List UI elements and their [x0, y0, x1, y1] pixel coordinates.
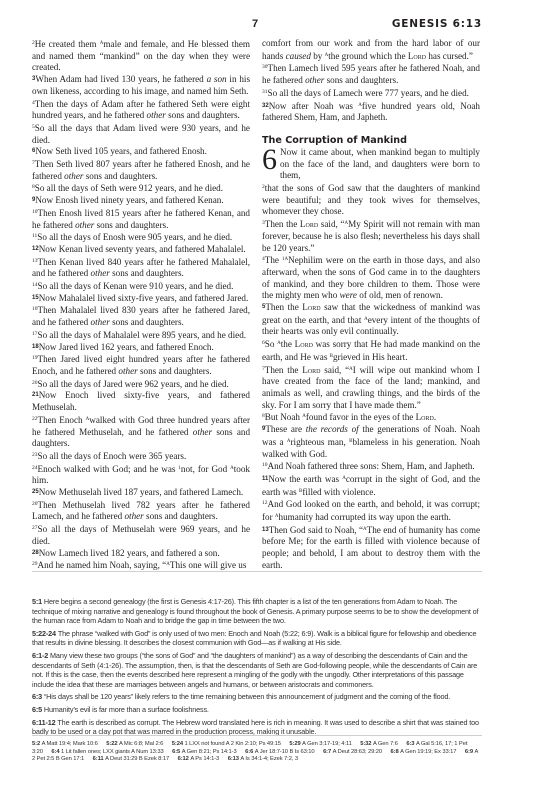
cross-reference-verse: 5:22 [106, 741, 119, 747]
verse-number: 28 [32, 550, 39, 556]
verse-text: So [265, 339, 277, 349]
cross-reference: 6:13 A Is 34:1-4; Ezek 7:2, 3 [228, 756, 298, 762]
verse-text: So all the days of Methuselah were 969 y… [32, 524, 250, 546]
left-column: 2He created them Amale and female, and H… [32, 38, 250, 572]
verse-text: So all the days of Mahalalel were 895 ye… [38, 330, 247, 340]
chapter-5-continued: comfort from our work and from the hard … [262, 38, 480, 124]
italic-text: a son [207, 74, 227, 84]
verse: 14So all the days of Kenan were 910 year… [32, 280, 250, 293]
verse: 25Now Methuselah lived 187 years, and fa… [32, 487, 250, 499]
verse: 8So all the days of Seth were 912 years,… [32, 182, 250, 195]
running-head: GENESIS 6:13 [392, 18, 482, 30]
verse-text: Now Jared lived 162 years, and fathered … [39, 342, 214, 352]
divider [32, 571, 482, 572]
verse: 11So all the days of Enosh were 905 year… [32, 231, 250, 244]
cross-reference: 6:8 A Gen 19:19; Ex 33:17 [391, 749, 457, 755]
cross-reference-verse: 5:32 [360, 741, 373, 747]
cross-reference-text: A Gen 7:6 [373, 741, 398, 747]
verse: 9These are the records of the generation… [262, 424, 480, 460]
verse-text: sons and daughters. [83, 171, 157, 181]
cross-reference-text: A Gen 3:17-19; 4:11 [302, 741, 352, 747]
verse-text: So all the days of Enoch were 365 years. [38, 451, 187, 461]
chapter-6: 6 Now it came about, when mankind began … [262, 147, 480, 572]
verse-text: filled with violence. [302, 487, 375, 497]
page-number: 7 [252, 18, 258, 30]
verse-text: Now Seth lived 105 years, and fathered E… [35, 146, 207, 156]
verse-text: Now the earth was [268, 474, 342, 484]
verse-text: sons and daughters. [94, 220, 168, 230]
verse: 6Now Seth lived 105 years, and fathered … [32, 146, 250, 158]
verse: 11Now the earth was Acorrupt in the sigh… [262, 473, 480, 498]
cross-reference: 6:5 A Gen 8:21; Ps 14:1-3 [172, 749, 237, 755]
verse: 32Now after Noah was Afive hundred years… [262, 100, 480, 124]
small-caps-text: Lord [300, 219, 318, 229]
cross-reference-verse: 6:6 [245, 749, 255, 755]
italic-text: caused [286, 51, 311, 61]
note-reference: 6:3 [32, 692, 44, 701]
verse: 12Now Kenan lived seventy years, and fat… [32, 244, 250, 256]
note-text: Humanity’s evil is far more than a surfa… [44, 705, 209, 714]
verse-text: sons and daughters. [110, 317, 184, 327]
cross-reference-text: A Gen 19:19; Ex 33:17 [400, 749, 456, 755]
verse-text: These are [265, 424, 305, 434]
page-header: 7 GENESIS 6:13 [32, 18, 482, 32]
verse-text: When Adam had lived 130 years, he father… [35, 74, 206, 84]
verse-text: humanity had corrupted its way upon the … [279, 512, 451, 522]
cross-reference: 5:32 A Gen 7:6 [360, 741, 398, 747]
italic-text: other [91, 268, 110, 278]
verse: 26Then Methuselah lived 782 years after … [32, 499, 250, 523]
verse-text: Now Kenan lived seventy years, and fathe… [39, 244, 246, 254]
verse-text: Then the [265, 302, 302, 312]
study-note: 5:22-24 The phrase “walked with God” is … [32, 629, 482, 648]
verse-text: But Noah [265, 412, 303, 422]
verse: 5So all the days that Adam lived were 93… [32, 122, 250, 146]
verse-text: So all the days that Adam lived were 930… [32, 123, 250, 145]
right-column: comfort from our work and from the hard … [262, 38, 480, 572]
cross-reference-text: A Is 34:1-4; Ezek 7:2, 3 [240, 756, 298, 762]
section-heading: The Corruption of Mankind [262, 135, 480, 146]
study-note: 6:5 Humanity’s evil is far more than a s… [32, 705, 482, 715]
note-text: The phrase “walked with God” is only use… [32, 629, 476, 648]
verse-text: And he named him Noah, saying, “ [38, 560, 167, 570]
verse: 31So all the days of Lamech were 777 yea… [262, 87, 480, 100]
verse-text: The [265, 255, 282, 265]
small-caps-text: Lord [408, 51, 426, 61]
study-note: 6:3 “His days shall be 120 years” likely… [32, 692, 482, 702]
verse: 7Then the Lord said, “AI will wipe out m… [262, 364, 480, 412]
cross-reference-verse: 5:2 [32, 741, 42, 747]
cross-reference: 6:12 A Ps 14:1-3 [178, 756, 220, 762]
verse-text: And Noah fathered three sons: Shem, Ham,… [268, 461, 475, 471]
verse: 8But Noah Afound favor in the eyes of th… [262, 411, 480, 424]
verse: 27So all the days of Methuselah were 969… [32, 523, 250, 547]
verse-text: grieved in His heart. [333, 352, 408, 362]
cross-reference-verse: 6:11 [93, 756, 105, 762]
verse: comfort from our work and from the hard … [262, 38, 480, 62]
cross-reference: 5:24 1 LXX not found A 2 Kin 2:10; Ps 49… [172, 741, 281, 747]
verse: 2He created them Amale and female, and H… [32, 38, 250, 74]
verse-text: This one will give us [170, 560, 247, 570]
cross-reference: 5:29 A Gen 3:17-19; 4:11 [289, 741, 351, 747]
note-reference: 5:1 [32, 597, 44, 606]
small-caps-text: Lord [416, 412, 434, 422]
verse: 16Then Mahalalel lived 830 years after h… [32, 304, 250, 328]
verse-text: sons and daughters. [324, 75, 398, 85]
verse-text: of old, men of renown. [357, 290, 443, 300]
small-caps-text: Lord [295, 339, 313, 349]
verse: 17So all the days of Mahalalel were 895 … [32, 329, 250, 342]
verse-text: So all the days of Seth were 912 years, … [35, 183, 223, 193]
italic-text: other [118, 366, 137, 376]
cross-reference-text: A Ps 14:1-3 [190, 756, 219, 762]
note-reference: 6:1-2 [32, 651, 50, 660]
small-caps-text: Lord [302, 365, 320, 375]
verse-text: Then Enoch [38, 415, 86, 425]
cross-reference-verse: 6:4 [51, 749, 61, 755]
cross-reference-text: A Deut 31:29 B Ezek 8:17 [105, 756, 169, 762]
verse-text: Now Lamech lived 182 years, and fathered… [39, 548, 220, 558]
verse: 5Then the Lord saw that the wickedness o… [262, 302, 480, 338]
cross-reference-verse: 6:12 [178, 756, 191, 762]
cross-reference-text: A Mic 6:8; Mal 2:6 [119, 741, 163, 747]
verse-text: Now it came about, when mankind began to… [280, 147, 480, 180]
verse: 20So all the days of Jared were 962 year… [32, 378, 250, 391]
italic-text: other [305, 75, 324, 85]
verse-text: said, “ [318, 219, 344, 229]
verse: 30Then Lamech lived 595 years after he f… [262, 62, 480, 86]
verse-text: sons and daughters. [110, 268, 184, 278]
verse-text: Then God said to Noah, “ [269, 525, 363, 535]
verse-number: 32 [262, 103, 269, 109]
note-text: Here begins a second genealogy (the firs… [32, 597, 478, 625]
verse-text: Then the [265, 219, 300, 229]
verse: 19Then Jared lived eight hundred years a… [32, 353, 250, 377]
verse-text: Now Methuselah lived 187 years, and fath… [39, 487, 243, 497]
verse-text: Enoch walked with God; and he was [38, 464, 179, 474]
cross-reference-text: A Gen 8:21; Ps 14:1-3 [182, 749, 237, 755]
verse-text: Now Enoch lived sixty-five years, and fa… [32, 390, 250, 412]
cross-reference: 6:7 A Deut 28:63; 29:20 [323, 749, 382, 755]
verse-text: Now Enosh lived ninety years, and father… [35, 195, 223, 205]
verse: 10And Noah fathered three sons: Shem, Ha… [262, 460, 480, 473]
italic-text: other [193, 427, 212, 437]
cross-reference-text: A Jer 18:7-10 B Is 63:10 [255, 749, 315, 755]
study-note: 5:1 Here begins a second genealogy (the … [32, 597, 482, 626]
study-note: 6:11-12 The earth is described as corrup… [32, 718, 482, 737]
italic-text: other [124, 511, 143, 521]
italic-text: the records of [306, 424, 359, 434]
cross-references: 5:2 A Matt 19:4; Mark 10:6 5:22 A Mic 6:… [32, 741, 482, 764]
verse: 28Now Lamech lived 182 years, and father… [32, 548, 250, 560]
verse-text: Now Mahalalel lived sixty-five years, an… [39, 293, 249, 303]
verse: 3Then the Lord said, “AMy Spirit will no… [262, 218, 480, 254]
verse-text: He created them [35, 39, 100, 49]
verse-text: has cursed.” [426, 51, 473, 61]
verse: 23So all the days of Enoch were 365 year… [32, 450, 250, 463]
italic-text: other [75, 220, 94, 230]
verse: 10Then Enosh lived 815 years after he fa… [32, 207, 250, 231]
cross-reference-verse: 6:13 [228, 756, 241, 762]
verse: 12And God looked on the earth, and behol… [262, 498, 480, 523]
verse-text: the ground which the [328, 51, 408, 61]
cross-reference: 6:11 A Deut 31:29 B Ezek 8:17 [93, 756, 169, 762]
divider [32, 735, 482, 736]
note-text: “His days shall be 120 years” likely ref… [44, 692, 450, 701]
cross-reference: 6:6 A Jer 18:7-10 B Is 63:10 [245, 749, 314, 755]
verse: 6So Athe Lord was sorry that He had made… [262, 338, 480, 363]
verse-number: 25 [32, 489, 39, 495]
verse-number: 21 [32, 392, 39, 398]
italic-text: other [64, 171, 83, 181]
verse-number: 12 [32, 246, 39, 252]
verse-text: the [281, 339, 295, 349]
verse: 7Then Seth lived 807 years after he fath… [32, 158, 250, 182]
note-reference: 6:5 [32, 705, 44, 714]
verse-text: So all the days of Enosh were 905 years,… [37, 232, 232, 242]
verse-text: . [434, 412, 436, 422]
cross-reference-text: 1 LXX not found A 2 Kin 2:10; Ps 49:15 [184, 741, 280, 747]
verse-text: So all the days of Kenan were 910 years,… [38, 281, 234, 291]
cross-reference-text: 1 Lit fallen ones; LXX giants A Num 13:3… [61, 749, 164, 755]
verse: Now it came about, when mankind began to… [280, 147, 480, 180]
study-notes: 5:1 Here begins a second genealogy (the … [32, 597, 482, 740]
cross-reference: 6:4 1 Lit fallen ones; LXX giants A Num … [51, 749, 163, 755]
verse-text: not, for God [181, 464, 230, 474]
verse-text: So all the days of Jared were 962 years,… [38, 379, 229, 389]
small-caps-text: Lord [302, 302, 320, 312]
verse: 2that the sons of God saw that the daugh… [262, 182, 480, 218]
cross-reference-text: A Matt 19:4; Mark 10:6 [42, 741, 98, 747]
cross-reference-verse: 6:5 [172, 749, 182, 755]
verse-text: sons and daughters. [138, 366, 212, 376]
verse: 9Now Enosh lived ninety years, and fathe… [32, 195, 250, 207]
verse: 15Now Mahalalel lived sixty-five years, … [32, 293, 250, 305]
chapter-number: 6 [262, 149, 277, 171]
note-reference: 5:22-24 [32, 629, 58, 638]
verse-text: sons and daughters. [144, 511, 218, 521]
verse-text: So all the days of Lamech were 777 years… [268, 88, 469, 98]
verse: 4The 1ANephilim were on the earth in tho… [262, 254, 480, 302]
verse: 4Then the days of Adam after he fathered… [32, 98, 250, 122]
verse-number: 18 [32, 344, 39, 350]
cross-reference: 5:22 A Mic 6:8; Mal 2:6 [106, 741, 163, 747]
verse-text: righteous man, [291, 437, 350, 447]
note-text: The earth is described as corrupt. The H… [32, 718, 479, 737]
cross-reference-verse: 5:29 [289, 741, 302, 747]
study-note: 6:1-2 Many view these two groups (“the s… [32, 651, 482, 689]
italic-text: other [147, 110, 166, 120]
verse: 3When Adam had lived 130 years, he fathe… [32, 74, 250, 97]
verse-text: by [311, 51, 325, 61]
italic-text: other [91, 317, 110, 327]
verse: 24Enoch walked with God; and he was 1not… [32, 463, 250, 487]
note-text: Many view these two groups (“the sons of… [32, 651, 477, 689]
cross-reference-verse: 6:7 [323, 749, 333, 755]
verse-text: Now after Noah was [269, 101, 359, 111]
cross-reference-verse: 6:3 [406, 741, 416, 747]
cross-reference-text: A Deut 28:63; 29:20 [333, 749, 382, 755]
scripture-text: 2He created them Amale and female, and H… [32, 38, 482, 565]
verse-text: sons and daughters. [166, 110, 240, 120]
verse: 18Now Jared lived 162 years, and fathere… [32, 342, 250, 354]
verse-text: Then the [265, 365, 303, 375]
cross-reference-verse: 5:24 [172, 741, 185, 747]
verse-text: said, “ [321, 365, 350, 375]
verse-number: 15 [32, 295, 39, 301]
italic-text: were [340, 290, 357, 300]
cross-reference-verse: 6:8 [391, 749, 401, 755]
verse: 13Then God said to Noah, “AThe end of hu… [262, 524, 480, 572]
verse-text: that the sons of God saw that the daught… [262, 183, 480, 216]
verse-number: 13 [262, 527, 269, 533]
verse: 21Now Enoch lived sixty-five years, and … [32, 390, 250, 413]
cross-reference: 5:2 A Matt 19:4; Mark 10:6 [32, 741, 98, 747]
note-reference: 6:11-12 [32, 718, 57, 727]
verse-text: found favor in the eyes of the [306, 412, 416, 422]
verse: 22Then Enoch Awalked with God three hund… [32, 414, 250, 450]
verse: 13Then Kenan lived 840 years after he fa… [32, 256, 250, 280]
